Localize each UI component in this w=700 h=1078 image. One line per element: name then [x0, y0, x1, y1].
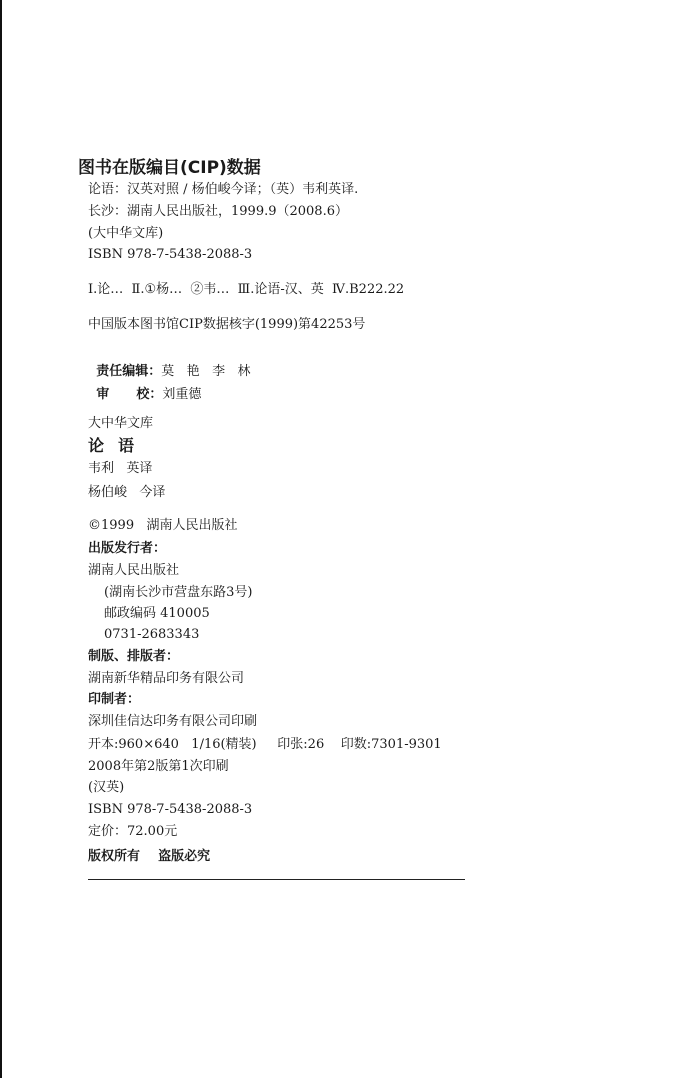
book-title: 论语	[88, 437, 148, 455]
printer-name: 深圳佳信达印务有限公司印刷	[88, 714, 257, 730]
rights-notice: 版权所有 盗版必究	[88, 849, 210, 865]
series-name: 大中华文库	[88, 416, 153, 432]
typesetter-name: 湖南新华精品印务有限公司	[88, 671, 244, 687]
proofreader-label: 审 校：	[96, 387, 162, 402]
cip-line-series: (大中华文库)	[88, 226, 163, 242]
cip-record-number: 中国版本图书馆CIP数据核字(1999)第42253号	[88, 317, 365, 333]
format-specs: 开本:960×640 1/16(精装) 印张:26 印数:7301-9301	[88, 737, 442, 753]
modern-translator: 杨伯峻 今译	[88, 485, 165, 501]
bottom-rule	[88, 879, 465, 880]
printer-label: 印制者：	[88, 692, 140, 708]
edition-info: 2008年第2版第1次印刷	[88, 759, 229, 775]
publisher-postcode: 邮政编码 410005	[104, 606, 210, 622]
copyright-line: ©1999 湖南人民出版社	[88, 518, 237, 534]
proofreader-line: 审 校：刘重德	[88, 371, 201, 403]
publisher-name: 湖南人民出版社	[88, 563, 179, 579]
typesetter-label: 制版、排版者：	[88, 649, 179, 665]
cip-classification: Ⅰ.论… Ⅱ.①杨… ②韦… Ⅲ.论语-汉、英 Ⅳ.B222.22	[88, 282, 404, 298]
publisher-address: (湖南长沙市营盘东路3号)	[104, 585, 252, 601]
english-translator: 韦利 英译	[88, 461, 152, 477]
page-edge-bar	[0, 0, 2, 1078]
proofreader-name: 刘重德	[162, 387, 201, 402]
cip-line-isbn: ISBN 978-7-5438-2088-3	[88, 247, 252, 263]
isbn-footer: ISBN 978-7-5438-2088-3	[88, 802, 252, 818]
cip-line-title: 论语：汉英对照 / 杨伯峻今译；（英）韦利英译.	[88, 182, 358, 198]
publisher-phone: 0731-2683343	[104, 627, 199, 643]
cip-heading: 图书在版编目(CIP)数据	[78, 158, 261, 178]
publisher-label: 出版发行者：	[88, 541, 166, 557]
price: 定价：72.00元	[88, 824, 177, 840]
cip-line-publisher: 长沙：湖南人民出版社，1999.9（2008.6）	[88, 204, 348, 220]
language-info: (汉英)	[88, 780, 124, 796]
